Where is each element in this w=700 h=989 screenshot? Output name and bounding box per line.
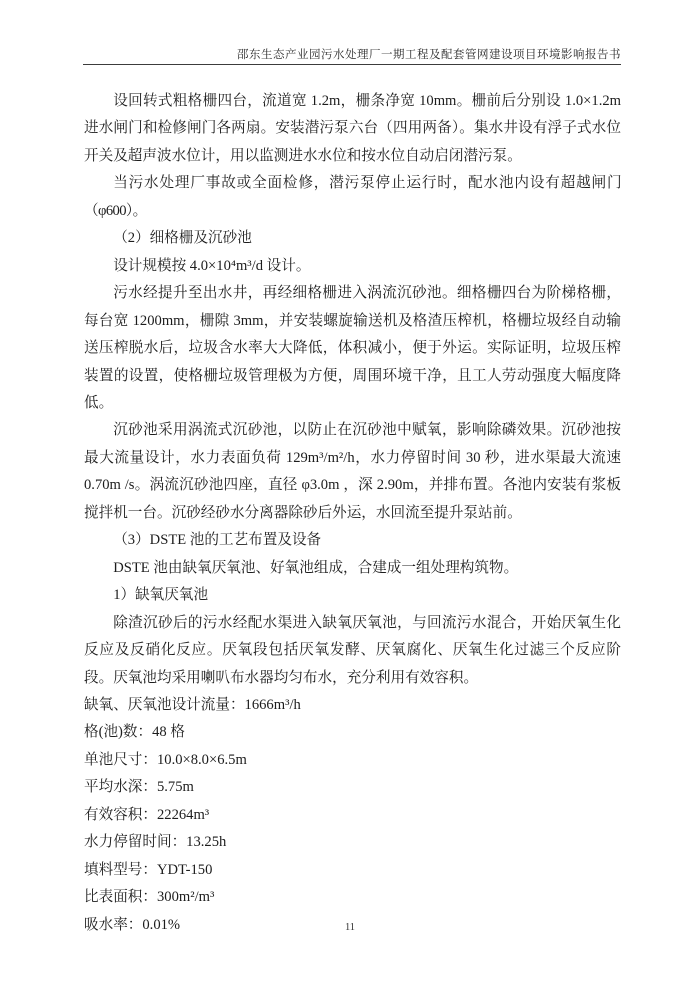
spec-line: 有效容积：22264m³ bbox=[84, 802, 621, 829]
section-heading: （2）细格栅及沉砂池 bbox=[84, 225, 621, 252]
paragraph: 沉砂池采用涡流式沉砂池，以防止在沉砂池中赋氧，影响除磷效果。沉砂池按最大流量设计… bbox=[84, 417, 621, 527]
sub-heading: 1）缺氧厌氧池 bbox=[84, 582, 621, 609]
spec-line: 平均水深：5.75m bbox=[84, 774, 621, 801]
paragraph: 除渣沉砂后的污水经配水渠进入缺氧厌氧池，与回流污水混合，开始厌氧生化反应及反硝化… bbox=[84, 610, 621, 692]
spec-line: 水力停留时间：13.25h bbox=[84, 829, 621, 856]
spec-line: 填料型号：YDT-150 bbox=[84, 857, 621, 884]
section-heading: （3）DSTE 池的工艺布置及设备 bbox=[84, 527, 621, 554]
running-header-title: 邵东生态产业园污水处理厂一期工程及配套管网建设项目环境影响报告书 bbox=[83, 46, 621, 62]
header-rule bbox=[83, 64, 621, 65]
spec-line: 单池尺寸：10.0×8.0×6.5m bbox=[84, 747, 621, 774]
spec-line: 缺氧、厌氧池设计流量：1666m³/h bbox=[84, 692, 621, 719]
document-body: 设回转式粗格栅四台，流道宽 1.2m，栅条净宽 10mm。栅前后分别设 1.0×… bbox=[84, 88, 621, 939]
spec-line: 比表面积：300m²/m³ bbox=[84, 884, 621, 911]
paragraph: 污水经提升至出水井，再经细格栅进入涡流沉砂池。细格栅四台为阶梯格栅，每台宽 12… bbox=[84, 280, 621, 417]
paragraph: 设计规模按 4.0×10⁴m³/d 设计。 bbox=[84, 253, 621, 280]
paragraph: 设回转式粗格栅四台，流道宽 1.2m，栅条净宽 10mm。栅前后分别设 1.0×… bbox=[84, 88, 621, 170]
page-number: 11 bbox=[0, 922, 700, 933]
paragraph: 当污水处理厂事故或全面检修，潜污泵停止运行时，配水池内设有超越闸门（φ600）。 bbox=[84, 170, 621, 225]
document-page: 邵东生态产业园污水处理厂一期工程及配套管网建设项目环境影响报告书 设回转式粗格栅… bbox=[0, 0, 700, 989]
spec-line: 格(池)数：48 格 bbox=[84, 719, 621, 746]
paragraph: DSTE 池由缺氧厌氧池、好氧池组成，合建成一组处理构筑物。 bbox=[84, 555, 621, 582]
